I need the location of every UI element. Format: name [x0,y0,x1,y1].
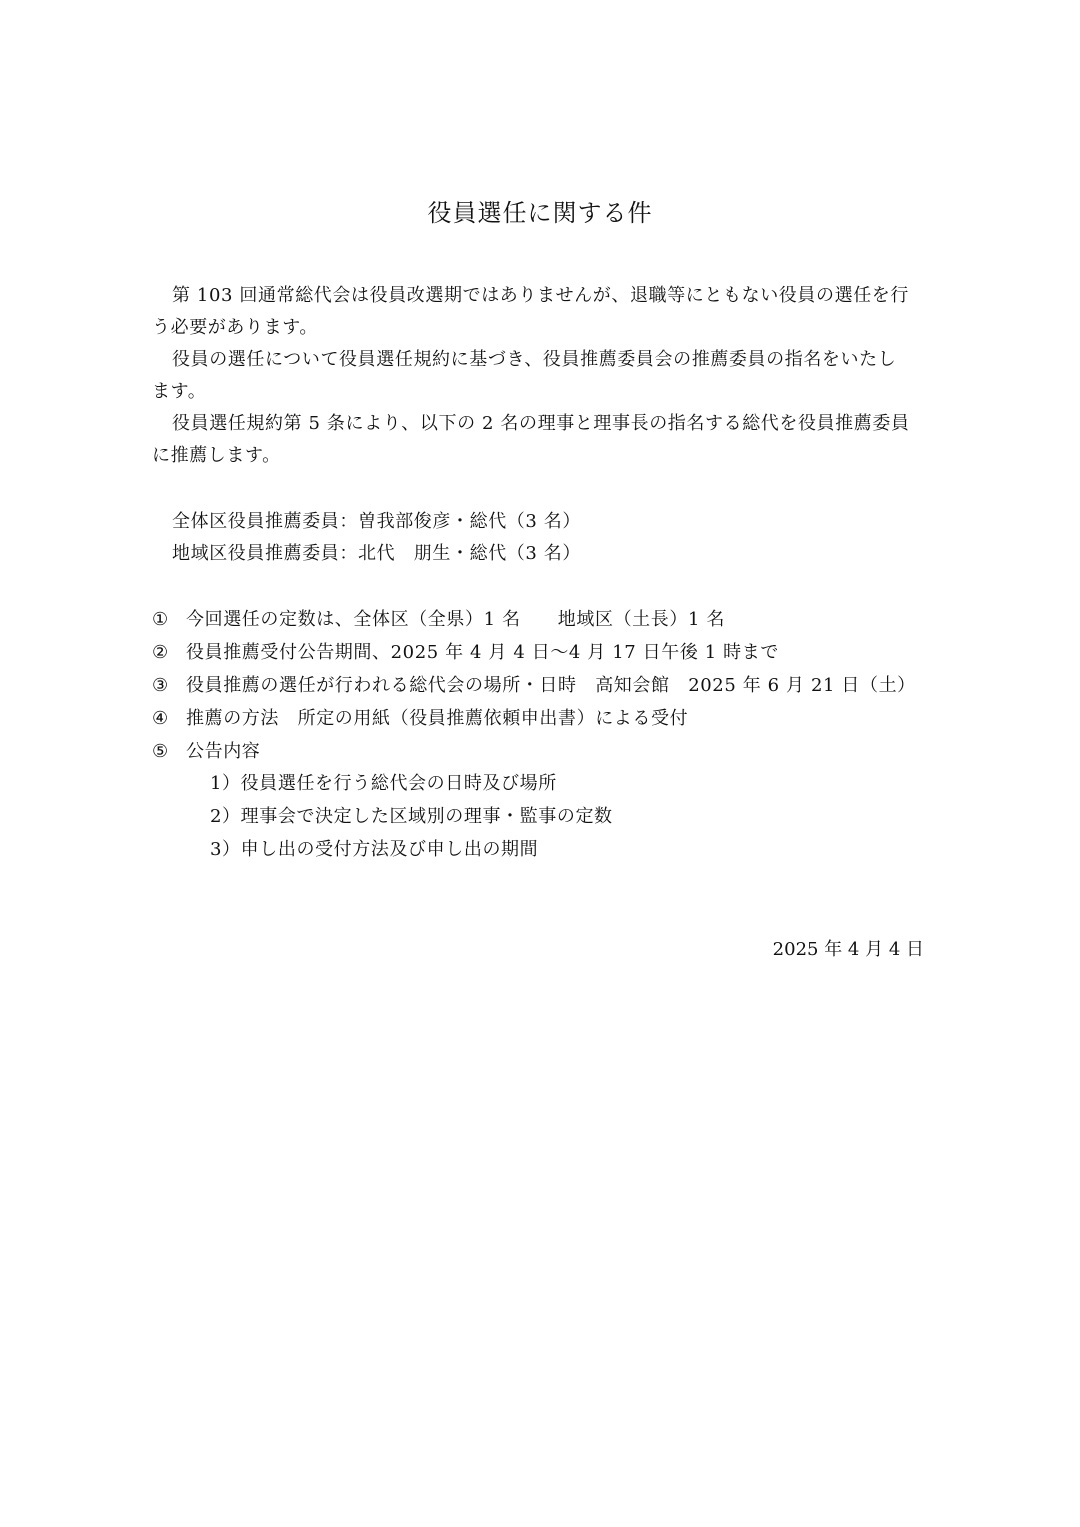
document-page: 役員選任に関する件 第 103 回通常総代会は役員改選期ではありませんが、退職等… [0,0,1080,1527]
list-number: ① [152,604,186,635]
paragraph-2-line-2: ます。 [152,376,206,407]
list-number: ⑤ [152,736,186,767]
paragraph-1-line-2: う必要があります。 [152,312,318,343]
list-item-text: 役員推薦の選任が行われる総代会の場所・日時 高知会館 2025 年 6 月 21… [186,675,916,696]
list-number: ② [152,637,186,668]
sub-item-3: 3）申し出の受付方法及び申し出の期間 [210,834,538,865]
committee-member-all-region: 全体区役員推薦委員：曽我部俊彦・総代（3 名） [172,506,581,537]
committee-member-local-region: 地域区役員推薦委員：北代 朋生・総代（3 名） [172,538,581,569]
list-number: ④ [152,703,186,734]
list-item-4: ④推薦の方法 所定の用紙（役員推薦依頼申出書）による受付 [152,703,688,734]
list-item-2: ②役員推薦受付公告期間、2025 年 4 月 4 日～4 月 17 日午後 1 … [152,637,779,668]
sub-item-2: 2）理事会で決定した区域別の理事・監事の定数 [210,801,613,832]
list-item-5: ⑤公告内容 [152,736,260,767]
paragraph-1-line-1: 第 103 回通常総代会は役員改選期ではありませんが、退職等にともない役員の選任… [172,280,909,311]
paragraph-3-line-1: 役員選任規約第 5 条により、以下の 2 名の理事と理事長の指名する総代を役員推… [172,408,910,439]
list-item-text: 推薦の方法 所定の用紙（役員推薦依頼申出書）による受付 [186,708,688,729]
document-title: 役員選任に関する件 [0,196,1080,230]
list-item-text: 今回選任の定数は、全体区（全県）1 名 地域区（土長）1 名 [186,609,725,630]
paragraph-3-line-2: に推薦します。 [152,440,281,471]
list-number: ③ [152,670,186,701]
list-item-text: 役員推薦受付公告期間、2025 年 4 月 4 日～4 月 17 日午後 1 時… [186,642,779,663]
list-item-1: ①今回選任の定数は、全体区（全県）1 名 地域区（土長）1 名 [152,604,725,635]
list-item-3: ③役員推薦の選任が行われる総代会の場所・日時 高知会館 2025 年 6 月 2… [152,670,916,701]
document-date: 2025 年 4 月 4 日 [773,934,924,965]
list-item-text: 公告内容 [186,741,260,762]
sub-item-1: 1）役員選任を行う総代会の日時及び場所 [210,768,557,799]
paragraph-2-line-1: 役員の選任について役員選任規約に基づき、役員推薦委員会の推薦委員の指名をいたし [172,344,896,375]
